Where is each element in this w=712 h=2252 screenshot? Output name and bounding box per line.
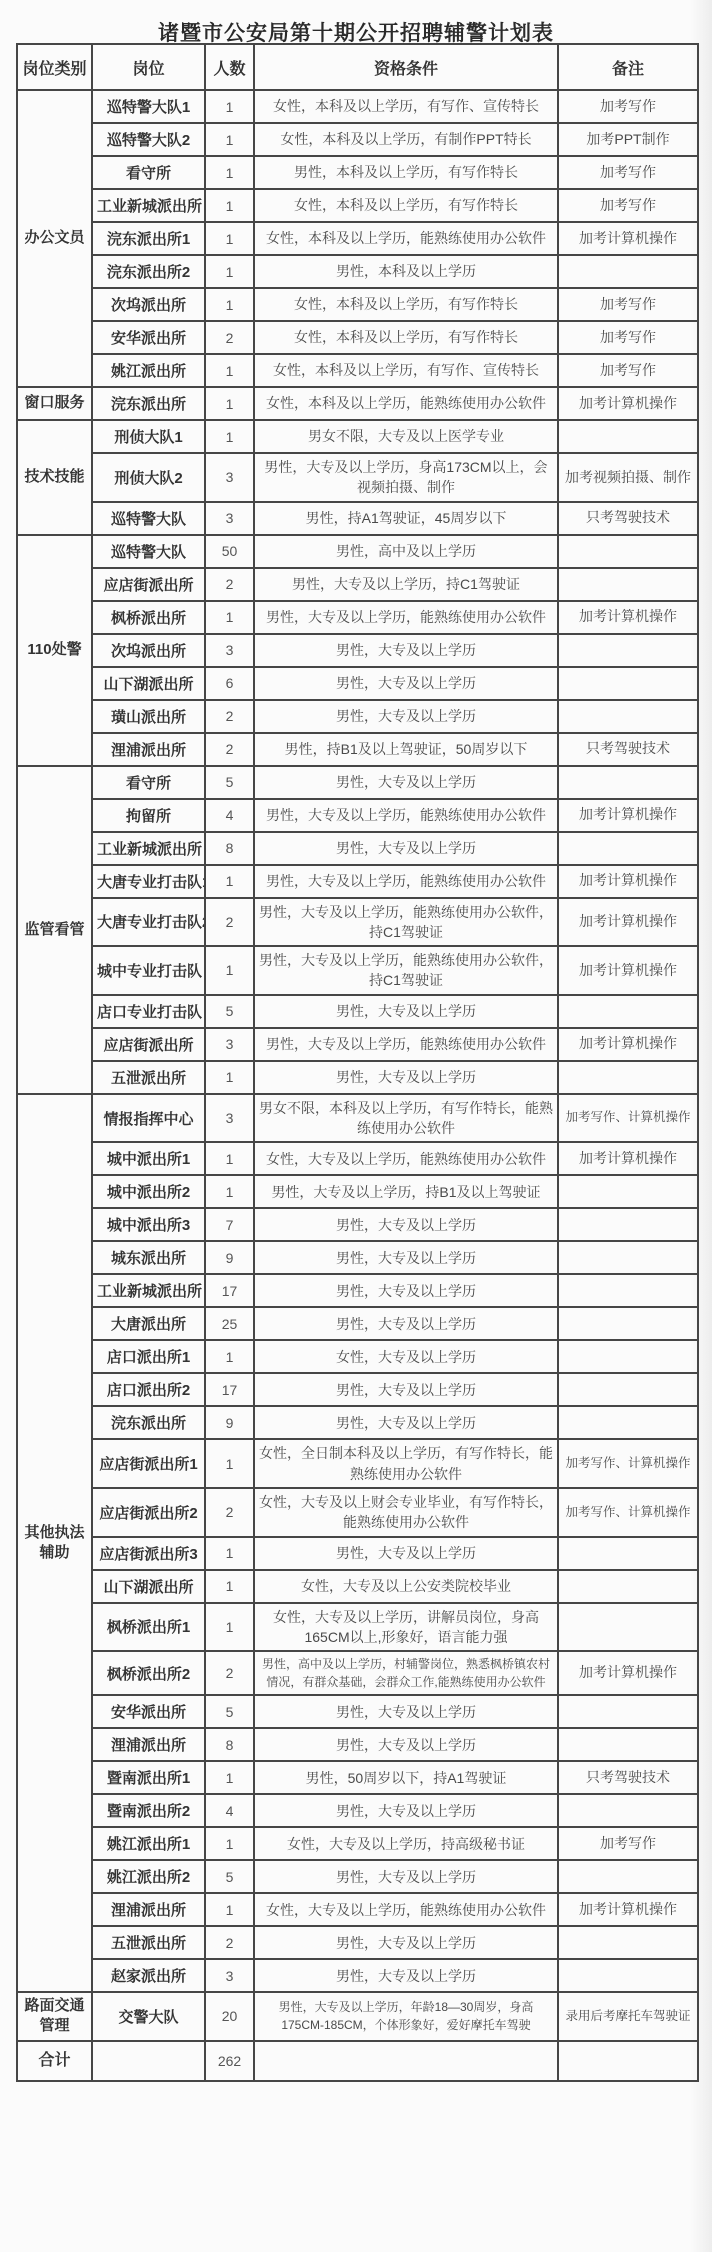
- remark-cell: [558, 1959, 698, 1992]
- qualification-cell: 女性，大专及以上学历，持高级秘书证: [254, 1827, 558, 1860]
- count-cell: 3: [205, 634, 254, 667]
- table-row: 五泄派出所2男性，大专及以上学历: [17, 1926, 698, 1959]
- qualification-cell: 男女不限，大专及以上医学专业: [254, 420, 558, 453]
- position-cell: 次坞派出所: [92, 634, 205, 667]
- position-cell: 赵家派出所: [92, 1959, 205, 1992]
- count-cell: 1: [205, 222, 254, 255]
- remark-cell: 加考写作: [558, 354, 698, 387]
- position-cell: 山下湖派出所: [92, 667, 205, 700]
- table-row: 应店街派出所22女性，大专及以上财会专业毕业，有写作特长，能熟练使用办公软件加考…: [17, 1488, 698, 1537]
- table-body: 办公文员巡特警大队11女性，本科及以上学历，有写作、宣传特长加考写作巡特警大队2…: [17, 90, 698, 2081]
- table-row: 浣东派出所9男性，大专及以上学历: [17, 1406, 698, 1439]
- qualification-cell: 男性，高中及以上学历: [254, 535, 558, 568]
- header-category: 岗位类别: [17, 44, 92, 90]
- table-row: 浣东派出所11女性，本科及以上学历，能熟练使用办公软件加考计算机操作: [17, 222, 698, 255]
- count-cell: 20: [205, 1992, 254, 2041]
- table-row: 枫桥派出所22男性，高中及以上学历，村辅警岗位，熟悉枫桥镇农村情况，有群众基础，…: [17, 1651, 698, 1695]
- table-row: 浣东派出所21男性，本科及以上学历: [17, 255, 698, 288]
- table-row: 次坞派出所3男性，大专及以上学历: [17, 634, 698, 667]
- qualification-cell: 女性，大专及以上学历，能熟练使用办公软件: [254, 1893, 558, 1926]
- count-cell: 3: [205, 502, 254, 535]
- table-row: 姚江派出所11女性，大专及以上学历，持高级秘书证加考写作: [17, 1827, 698, 1860]
- header-count: 人数: [205, 44, 254, 90]
- position-cell: 山下湖派出所: [92, 1570, 205, 1603]
- header-row: 岗位类别 岗位 人数 资格条件 备注: [17, 44, 698, 90]
- table-row: 璜山派出所2男性，大专及以上学历: [17, 700, 698, 733]
- position-cell: 浬浦派出所: [92, 733, 205, 766]
- remark-cell: 加考计算机操作: [558, 946, 698, 995]
- position-cell: 城中派出所2: [92, 1175, 205, 1208]
- remark-cell: 加考视频拍摄、制作: [558, 453, 698, 502]
- category-cell: 办公文员: [17, 90, 92, 387]
- qualification-cell: 男性，大专及以上学历，能熟练使用办公软件: [254, 865, 558, 898]
- remark-cell: 加考计算机操作: [558, 601, 698, 634]
- qualification-cell: 男性，50周岁以下，持A1驾驶证: [254, 1761, 558, 1794]
- count-cell: 2: [205, 568, 254, 601]
- remark-cell: [558, 1860, 698, 1893]
- table-row: 店口派出所11女性，大专及以上学历: [17, 1340, 698, 1373]
- count-cell: 5: [205, 766, 254, 799]
- position-cell: 城中派出所1: [92, 1142, 205, 1175]
- category-cell: 其他执法辅助: [17, 1094, 92, 1992]
- count-cell: 1: [205, 354, 254, 387]
- count-cell: 2: [205, 1926, 254, 1959]
- remark-cell: 加考写作、计算机操作: [558, 1488, 698, 1537]
- remark-cell: [558, 1728, 698, 1761]
- table-row: 城中专业打击队1男性，大专及以上学历，能熟练使用办公软件，持C1驾驶证加考计算机…: [17, 946, 698, 995]
- qualification-cell: 女性，本科及以上学历，有制作PPT特长: [254, 123, 558, 156]
- qualification-cell: 男性，大专及以上学历，能熟练使用办公软件: [254, 799, 558, 832]
- table-row: 刑侦大队23男性，大专及以上学历，身高173CM以上，会视频拍摄、制作加考视频拍…: [17, 453, 698, 502]
- position-cell: 应店街派出所2: [92, 1488, 205, 1537]
- count-cell: 1: [205, 1603, 254, 1652]
- table-row: 监管看管看守所5男性，大专及以上学历: [17, 766, 698, 799]
- table-row: 工业新城派出所17男性，大专及以上学历: [17, 1274, 698, 1307]
- document-page: 诸暨市公安局第十期公开招聘辅警计划表 岗位类别 岗位 人数 资格条件 备注 办公…: [0, 0, 712, 2252]
- recruitment-plan-table: 岗位类别 岗位 人数 资格条件 备注 办公文员巡特警大队11女性，本科及以上学历…: [16, 43, 699, 2082]
- remark-cell: [558, 1307, 698, 1340]
- position-cell: 拘留所: [92, 799, 205, 832]
- remark-cell: 加考计算机操作: [558, 1893, 698, 1926]
- qualification-cell: 男性，大专及以上学历: [254, 1307, 558, 1340]
- remark-cell: [558, 1340, 698, 1373]
- count-cell: 2: [205, 1488, 254, 1537]
- qualification-cell: 男性，本科及以上学历: [254, 255, 558, 288]
- qualification-cell: 男性，大专及以上学历: [254, 1406, 558, 1439]
- count-cell: 1: [205, 1175, 254, 1208]
- remark-cell: 加考写作: [558, 288, 698, 321]
- qualification-cell: 男性，大专及以上学历，持B1及以上驾驶证: [254, 1175, 558, 1208]
- qualification-cell: 男性，持B1及以上驾驶证，50周岁以下: [254, 733, 558, 766]
- remark-cell: [558, 766, 698, 799]
- position-cell: 看守所: [92, 156, 205, 189]
- remark-cell: 加考写作: [558, 189, 698, 222]
- table-row: 城东派出所9男性，大专及以上学历: [17, 1241, 698, 1274]
- position-cell: 店口派出所2: [92, 1373, 205, 1406]
- remark-cell: [558, 255, 698, 288]
- qualification-cell: 男性，大专及以上学历，身高173CM以上，会视频拍摄、制作: [254, 453, 558, 502]
- remark-cell: [558, 1061, 698, 1094]
- table-row: 店口专业打击队5男性，大专及以上学历: [17, 995, 698, 1028]
- qualification-cell: 男性，大专及以上学历，能熟练使用办公软件，持C1驾驶证: [254, 898, 558, 947]
- position-cell: 店口派出所1: [92, 1340, 205, 1373]
- position-cell: 应店街派出所: [92, 1028, 205, 1061]
- table-row: 应店街派出所31男性，大专及以上学历: [17, 1537, 698, 1570]
- remark-cell: [558, 634, 698, 667]
- remark-cell: 加考计算机操作: [558, 1651, 698, 1695]
- remark-cell: [558, 995, 698, 1028]
- count-cell: 1: [205, 1827, 254, 1860]
- remark-cell: [558, 1373, 698, 1406]
- count-cell: 1: [205, 1439, 254, 1488]
- position-cell: 五泄派出所: [92, 1926, 205, 1959]
- qualification-cell: 男性，大专及以上学历: [254, 1061, 558, 1094]
- qualification-cell: 男性，持A1驾驶证，45周岁以下: [254, 502, 558, 535]
- position-cell: 大唐专业打击队2: [92, 898, 205, 947]
- count-cell: 1: [205, 123, 254, 156]
- count-cell: 1: [205, 1340, 254, 1373]
- qualification-cell: 女性，大专及以上学历: [254, 1340, 558, 1373]
- table-row: 窗口服务浣东派出所1女性，本科及以上学历，能熟练使用办公软件加考计算机操作: [17, 387, 698, 420]
- remark-cell: 加考计算机操作: [558, 865, 698, 898]
- count-cell: 3: [205, 1094, 254, 1143]
- position-cell: 应店街派出所1: [92, 1439, 205, 1488]
- position-cell: 工业新城派出所: [92, 1274, 205, 1307]
- table-row: 安华派出所5男性，大专及以上学历: [17, 1695, 698, 1728]
- position-cell: 安华派出所: [92, 1695, 205, 1728]
- remark-cell: 加考计算机操作: [558, 387, 698, 420]
- remark-cell: [558, 1175, 698, 1208]
- count-cell: 1: [205, 156, 254, 189]
- table-row: 应店街派出所11女性，全日制本科及以上学历，有写作特长，能熟练使用办公软件加考写…: [17, 1439, 698, 1488]
- position-cell: 璜山派出所: [92, 700, 205, 733]
- count-cell: 5: [205, 1860, 254, 1893]
- count-cell: 1: [205, 255, 254, 288]
- count-cell: 1: [205, 90, 254, 123]
- table-row: 五泄派出所1男性，大专及以上学历: [17, 1061, 698, 1094]
- remark-cell: [558, 1537, 698, 1570]
- qualification-cell: 女性，本科及以上学历，能熟练使用办公软件: [254, 222, 558, 255]
- position-cell: 姚江派出所: [92, 354, 205, 387]
- count-cell: 1: [205, 189, 254, 222]
- count-cell: 17: [205, 1373, 254, 1406]
- position-cell: 情报指挥中心: [92, 1094, 205, 1143]
- table-row: 技术技能刑侦大队11男女不限，大专及以上医学专业: [17, 420, 698, 453]
- qualification-cell: 男性，大专及以上学历: [254, 1794, 558, 1827]
- header-qualification: 资格条件: [254, 44, 558, 90]
- remark-cell: [558, 1603, 698, 1652]
- position-cell: 大唐专业打击队1: [92, 865, 205, 898]
- category-cell: 窗口服务: [17, 387, 92, 420]
- position-cell: 浣东派出所: [92, 1406, 205, 1439]
- count-cell: 25: [205, 1307, 254, 1340]
- qualification-cell: 男性，大专及以上学历: [254, 634, 558, 667]
- qualification-cell: 男性，大专及以上学历: [254, 667, 558, 700]
- remark-cell: 加考写作、计算机操作: [558, 1094, 698, 1143]
- remark-cell: 加考PPT制作: [558, 123, 698, 156]
- table-row: 赵家派出所3男性，大专及以上学历: [17, 1959, 698, 1992]
- position-cell: 城中派出所3: [92, 1208, 205, 1241]
- position-cell: 刑侦大队2: [92, 453, 205, 502]
- position-cell: 城东派出所: [92, 1241, 205, 1274]
- qualification-cell: 女性，本科及以上学历，有写作、宣传特长: [254, 354, 558, 387]
- remark-cell: 加考写作、计算机操作: [558, 1439, 698, 1488]
- position-cell: 工业新城派出所: [92, 832, 205, 865]
- remark-cell: 只考驾驶技术: [558, 502, 698, 535]
- remark-cell: 加考计算机操作: [558, 1028, 698, 1061]
- position-cell: 枫桥派出所1: [92, 1603, 205, 1652]
- category-cell: 监管看管: [17, 766, 92, 1094]
- position-cell: 刑侦大队1: [92, 420, 205, 453]
- count-cell: 1: [205, 1893, 254, 1926]
- position-cell: 大唐派出所: [92, 1307, 205, 1340]
- count-cell: 1: [205, 387, 254, 420]
- count-cell: 1: [205, 288, 254, 321]
- table-row: 枫桥派出所1男性，大专及以上学历，能熟练使用办公软件加考计算机操作: [17, 601, 698, 634]
- count-cell: 2: [205, 700, 254, 733]
- table-row: 大唐派出所25男性，大专及以上学历: [17, 1307, 698, 1340]
- position-cell: 姚江派出所2: [92, 1860, 205, 1893]
- category-cell: 110处警: [17, 535, 92, 766]
- position-cell: 次坞派出所: [92, 288, 205, 321]
- position-cell: 浣东派出所1: [92, 222, 205, 255]
- qualification-cell: 女性，本科及以上学历，有写作特长: [254, 189, 558, 222]
- count-cell: 3: [205, 1028, 254, 1061]
- count-cell: 1: [205, 865, 254, 898]
- remark-cell: [558, 1926, 698, 1959]
- remark-cell: [558, 1794, 698, 1827]
- remark-cell: 加考计算机操作: [558, 799, 698, 832]
- count-cell: 1: [205, 946, 254, 995]
- table-row: 其他执法辅助情报指挥中心3男女不限，本科及以上学历，有写作特长，能熟练使用办公软…: [17, 1094, 698, 1143]
- remark-cell: 加考计算机操作: [558, 1142, 698, 1175]
- qualification-cell: 女性，本科及以上学历，有写作、宣传特长: [254, 90, 558, 123]
- position-cell: 暨南派出所2: [92, 1794, 205, 1827]
- count-cell: 1: [205, 1537, 254, 1570]
- qualification-cell: 男性，本科及以上学历，有写作特长: [254, 156, 558, 189]
- position-cell: 浬浦派出所: [92, 1728, 205, 1761]
- table-row: 路面交通管理交警大队20男性，大专及以上学历，年龄18—30周岁，身高175CM…: [17, 1992, 698, 2041]
- remark-cell: [558, 420, 698, 453]
- count-cell: 2: [205, 1651, 254, 1695]
- position-cell: 枫桥派出所2: [92, 1651, 205, 1695]
- count-cell: 2: [205, 733, 254, 766]
- remark-cell: 加考计算机操作: [558, 898, 698, 947]
- count-cell: 4: [205, 1794, 254, 1827]
- remark-cell: [558, 1570, 698, 1603]
- table-row: 城中派出所11女性，大专及以上学历，能熟练使用办公软件加考计算机操作: [17, 1142, 698, 1175]
- remark-cell: 加考写作: [558, 90, 698, 123]
- position-cell: 巡特警大队1: [92, 90, 205, 123]
- position-cell: 巡特警大队2: [92, 123, 205, 156]
- count-cell: 1: [205, 420, 254, 453]
- table-row: 城中派出所37男性，大专及以上学历: [17, 1208, 698, 1241]
- category-cell: 技术技能: [17, 420, 92, 535]
- remark-cell: [558, 568, 698, 601]
- position-cell: 浣东派出所2: [92, 255, 205, 288]
- table-row: 山下湖派出所1女性，大专及以上公安类院校毕业: [17, 1570, 698, 1603]
- remark-cell: 录用后考摩托车驾驶证: [558, 1992, 698, 2041]
- table-row: 办公文员巡特警大队11女性，本科及以上学历，有写作、宣传特长加考写作: [17, 90, 698, 123]
- position-cell: 五泄派出所: [92, 1061, 205, 1094]
- qualification-cell: 男性，大专及以上学历: [254, 700, 558, 733]
- remark-cell: [558, 535, 698, 568]
- qualification-cell: 男性，大专及以上学历，年龄18—30周岁，身高175CM-185CM，个体形象好…: [254, 1992, 558, 2041]
- position-cell: 安华派出所: [92, 321, 205, 354]
- table-row: 巡特警大队3男性，持A1驾驶证，45周岁以下只考驾驶技术: [17, 502, 698, 535]
- remark-cell: [558, 700, 698, 733]
- remark-cell: 加考写作: [558, 156, 698, 189]
- total-remark-cell: [558, 2041, 698, 2081]
- total-label-cell: 合计: [17, 2041, 92, 2081]
- position-cell: 看守所: [92, 766, 205, 799]
- table-row: 巡特警大队21女性，本科及以上学历，有制作PPT特长加考PPT制作: [17, 123, 698, 156]
- count-cell: 4: [205, 799, 254, 832]
- total-qualification-cell: [254, 2041, 558, 2081]
- qualification-cell: 男性，大专及以上学历，持C1驾驶证: [254, 568, 558, 601]
- table-row: 浬浦派出所2男性，持B1及以上驾驶证，50周岁以下只考驾驶技术: [17, 733, 698, 766]
- count-cell: 2: [205, 321, 254, 354]
- table-row: 次坞派出所1女性，本科及以上学历，有写作特长加考写作: [17, 288, 698, 321]
- total-row: 合计262: [17, 2041, 698, 2081]
- position-cell: 应店街派出所: [92, 568, 205, 601]
- count-cell: 17: [205, 1274, 254, 1307]
- qualification-cell: 男性，高中及以上学历，村辅警岗位，熟悉枫桥镇农村情况，有群众基础，会群众工作,能…: [254, 1651, 558, 1695]
- total-count-cell: 262: [205, 2041, 254, 2081]
- qualification-cell: 女性，大专及以上学历，讲解员岗位，身高165CM以上,形象好，语言能力强: [254, 1603, 558, 1652]
- table-row: 应店街派出所2男性，大专及以上学历，持C1驾驶证: [17, 568, 698, 601]
- count-cell: 7: [205, 1208, 254, 1241]
- remark-cell: [558, 1406, 698, 1439]
- table-row: 大唐专业打击队11男性，大专及以上学历，能熟练使用办公软件加考计算机操作: [17, 865, 698, 898]
- qualification-cell: 男性，大专及以上学历: [254, 832, 558, 865]
- table-row: 城中派出所21男性，大专及以上学历，持B1及以上驾驶证: [17, 1175, 698, 1208]
- table-row: 店口派出所217男性，大专及以上学历: [17, 1373, 698, 1406]
- qualification-cell: 男性，大专及以上学历: [254, 1274, 558, 1307]
- remark-cell: 加考写作: [558, 1827, 698, 1860]
- qualification-cell: 男性，大专及以上学历: [254, 766, 558, 799]
- table-row: 浬浦派出所8男性，大专及以上学历: [17, 1728, 698, 1761]
- position-cell: 店口专业打击队: [92, 995, 205, 1028]
- position-cell: 交警大队: [92, 1992, 205, 2041]
- qualification-cell: 女性，大专及以上财会专业毕业，有写作特长，能熟练使用办公软件: [254, 1488, 558, 1537]
- position-cell: 浬浦派出所: [92, 1893, 205, 1926]
- remark-cell: [558, 1208, 698, 1241]
- count-cell: 9: [205, 1406, 254, 1439]
- qualification-cell: 男性，大专及以上学历: [254, 1860, 558, 1893]
- remark-cell: [558, 1241, 698, 1274]
- count-cell: 2: [205, 898, 254, 947]
- qualification-cell: 女性，本科及以上学历，有写作特长: [254, 288, 558, 321]
- count-cell: 6: [205, 667, 254, 700]
- qualification-cell: 男性，大专及以上学历: [254, 995, 558, 1028]
- table-row: 看守所1男性，本科及以上学历，有写作特长加考写作: [17, 156, 698, 189]
- qualification-cell: 男性，大专及以上学历，能熟练使用办公软件: [254, 601, 558, 634]
- count-cell: 5: [205, 1695, 254, 1728]
- qualification-cell: 女性，本科及以上学历，有写作特长: [254, 321, 558, 354]
- count-cell: 1: [205, 1570, 254, 1603]
- header-remark: 备注: [558, 44, 698, 90]
- table-row: 应店街派出所3男性，大专及以上学历，能熟练使用办公软件加考计算机操作: [17, 1028, 698, 1061]
- table-row: 姚江派出所25男性，大专及以上学历: [17, 1860, 698, 1893]
- qualification-cell: 女性，大专及以上学历，能熟练使用办公软件: [254, 1142, 558, 1175]
- position-cell: 枫桥派出所: [92, 601, 205, 634]
- remark-cell: [558, 1695, 698, 1728]
- table-row: 工业新城派出所1女性，本科及以上学历，有写作特长加考写作: [17, 189, 698, 222]
- table-row: 大唐专业打击队22男性，大专及以上学历，能熟练使用办公软件，持C1驾驶证加考计算…: [17, 898, 698, 947]
- remark-cell: 只考驾驶技术: [558, 733, 698, 766]
- count-cell: 8: [205, 832, 254, 865]
- table-row: 安华派出所2女性，本科及以上学历，有写作特长加考写作: [17, 321, 698, 354]
- header-position: 岗位: [92, 44, 205, 90]
- qualification-cell: 男性，大专及以上学历: [254, 1926, 558, 1959]
- table-row: 姚江派出所1女性，本科及以上学历，有写作、宣传特长加考写作: [17, 354, 698, 387]
- remark-cell: 加考写作: [558, 321, 698, 354]
- count-cell: 1: [205, 1761, 254, 1794]
- remark-cell: [558, 832, 698, 865]
- qualification-cell: 男性，大专及以上学历，能熟练使用办公软件: [254, 1028, 558, 1061]
- qualification-cell: 男性，大专及以上学历: [254, 1208, 558, 1241]
- table-row: 浬浦派出所1女性，大专及以上学历，能熟练使用办公软件加考计算机操作: [17, 1893, 698, 1926]
- count-cell: 50: [205, 535, 254, 568]
- position-cell: 暨南派出所1: [92, 1761, 205, 1794]
- position-cell: 姚江派出所1: [92, 1827, 205, 1860]
- position-cell: 浣东派出所: [92, 387, 205, 420]
- count-cell: 1: [205, 1142, 254, 1175]
- count-cell: 8: [205, 1728, 254, 1761]
- table-row: 山下湖派出所6男性，大专及以上学历: [17, 667, 698, 700]
- position-cell: 巡特警大队: [92, 535, 205, 568]
- count-cell: 3: [205, 1959, 254, 1992]
- remark-cell: [558, 1274, 698, 1307]
- position-cell: 巡特警大队: [92, 502, 205, 535]
- qualification-cell: 女性，本科及以上学历，能熟练使用办公软件: [254, 387, 558, 420]
- table-row: 工业新城派出所8男性，大专及以上学历: [17, 832, 698, 865]
- qualification-cell: 女性，大专及以上公安类院校毕业: [254, 1570, 558, 1603]
- remark-cell: [558, 667, 698, 700]
- table-row: 拘留所4男性，大专及以上学历，能熟练使用办公软件加考计算机操作: [17, 799, 698, 832]
- qualification-cell: 男女不限，本科及以上学历，有写作特长，能熟练使用办公软件: [254, 1094, 558, 1143]
- position-cell: 城中专业打击队: [92, 946, 205, 995]
- count-cell: 5: [205, 995, 254, 1028]
- category-cell: 路面交通管理: [17, 1992, 92, 2041]
- page-title: 诸暨市公安局第十期公开招聘辅警计划表: [0, 0, 712, 43]
- count-cell: 9: [205, 1241, 254, 1274]
- qualification-cell: 男性，大专及以上学历: [254, 1728, 558, 1761]
- table-row: 枫桥派出所11女性，大专及以上学历，讲解员岗位，身高165CM以上,形象好，语言…: [17, 1603, 698, 1652]
- count-cell: 3: [205, 453, 254, 502]
- qualification-cell: 男性，大专及以上学历: [254, 1695, 558, 1728]
- remark-cell: 加考计算机操作: [558, 222, 698, 255]
- position-cell: 应店街派出所3: [92, 1537, 205, 1570]
- qualification-cell: 男性，大专及以上学历: [254, 1959, 558, 1992]
- qualification-cell: 女性，全日制本科及以上学历，有写作特长，能熟练使用办公软件: [254, 1439, 558, 1488]
- table-row: 暨南派出所11男性，50周岁以下，持A1驾驶证只考驾驶技术: [17, 1761, 698, 1794]
- remark-cell: 只考驾驶技术: [558, 1761, 698, 1794]
- count-cell: 1: [205, 601, 254, 634]
- position-cell: 工业新城派出所: [92, 189, 205, 222]
- table-row: 暨南派出所24男性，大专及以上学历: [17, 1794, 698, 1827]
- table-row: 110处警巡特警大队50男性，高中及以上学历: [17, 535, 698, 568]
- qualification-cell: 男性，大专及以上学历: [254, 1537, 558, 1570]
- qualification-cell: 男性，大专及以上学历，能熟练使用办公软件，持C1驾驶证: [254, 946, 558, 995]
- count-cell: 1: [205, 1061, 254, 1094]
- qualification-cell: 男性，大专及以上学历: [254, 1373, 558, 1406]
- qualification-cell: 男性，大专及以上学历: [254, 1241, 558, 1274]
- total-position-cell: [92, 2041, 205, 2081]
